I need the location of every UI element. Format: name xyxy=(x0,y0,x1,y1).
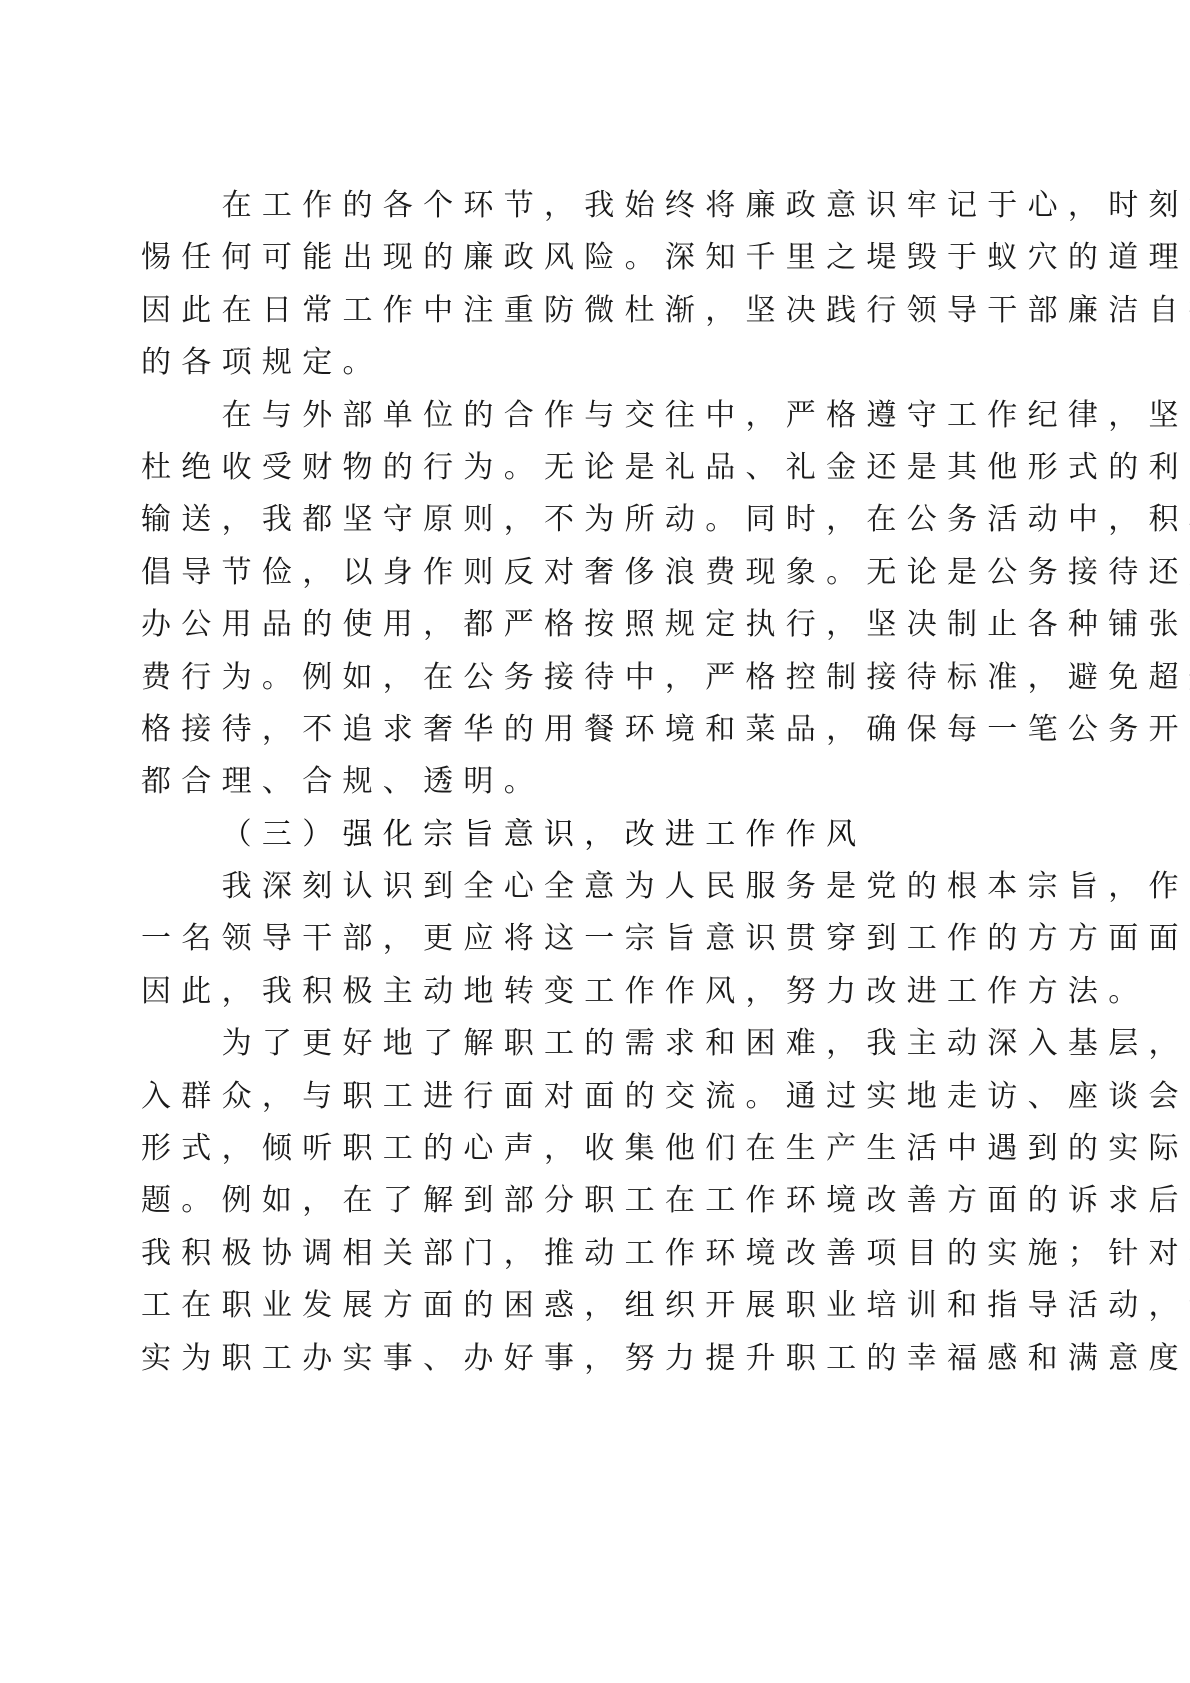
text-line: 因此，我积极主动地转变工作作风，努力改进工作方法。 xyxy=(141,966,1041,1018)
section-heading-text: （三）强化宗旨意识，改进工作作风 xyxy=(141,809,1041,861)
text-line: 的各项规定。 xyxy=(141,337,1041,389)
text-line: 为了更好地了解职工的需求和困难，我主动深入基层，深 xyxy=(141,1018,1041,1070)
paragraph-3: 我深刻认识到全心全意为人民服务是党的根本宗旨，作为 一名领导干部，更应将这一宗旨… xyxy=(141,861,1041,1018)
text-line: 我积极协调相关部门，推动工作环境改善项目的实施；针对职 xyxy=(141,1228,1041,1280)
text-line: 输送，我都坚守原则，不为所动。同时，在公务活动中，积极 xyxy=(141,494,1041,546)
text-line: 都合理、合规、透明。 xyxy=(141,756,1041,808)
document-page: 在工作的各个环节，我始终将廉政意识牢记于心，时刻警 惕任何可能出现的廉政风险。深… xyxy=(0,0,1190,1683)
text-line: 工在职业发展方面的困惑，组织开展职业培训和指导活动，切 xyxy=(141,1280,1041,1332)
text-line: 办公用品的使用，都严格按照规定执行，坚决制止各种铺张浪 xyxy=(141,599,1041,651)
text-line: 形式，倾听职工的心声，收集他们在生产生活中遇到的实际问 xyxy=(141,1123,1041,1175)
paragraph-4: 为了更好地了解职工的需求和困难，我主动深入基层，深 入群众，与职工进行面对面的交… xyxy=(141,1018,1041,1385)
text-line: 倡导节俭，以身作则反对奢侈浪费现象。无论是公务接待还是 xyxy=(141,547,1041,599)
text-line: 我深刻认识到全心全意为人民服务是党的根本宗旨，作为 xyxy=(141,861,1041,913)
text-line: 题。例如，在了解到部分职工在工作环境改善方面的诉求后， xyxy=(141,1175,1041,1227)
text-line: 格接待，不追求奢华的用餐环境和菜品，确保每一笔公务开支 xyxy=(141,704,1041,756)
paragraph-1: 在工作的各个环节，我始终将廉政意识牢记于心，时刻警 惕任何可能出现的廉政风险。深… xyxy=(141,180,1041,390)
paragraph-2: 在与外部单位的合作与交往中，严格遵守工作纪律，坚决 杜绝收受财物的行为。无论是礼… xyxy=(141,390,1041,809)
section-heading: （三）强化宗旨意识，改进工作作风 xyxy=(141,809,1041,861)
text-line: 杜绝收受财物的行为。无论是礼品、礼金还是其他形式的利益 xyxy=(141,442,1041,494)
text-line: 实为职工办实事、办好事，努力提升职工的幸福感和满意度。 xyxy=(141,1333,1041,1385)
document-body: 在工作的各个环节，我始终将廉政意识牢记于心，时刻警 惕任何可能出现的廉政风险。深… xyxy=(141,180,1041,1385)
text-line: 在与外部单位的合作与交往中，严格遵守工作纪律，坚决 xyxy=(141,390,1041,442)
text-line: 因此在日常工作中注重防微杜渐，坚决践行领导干部廉洁自律 xyxy=(141,285,1041,337)
text-line: 惕任何可能出现的廉政风险。深知千里之堤毁于蚁穴的道理， xyxy=(141,232,1041,284)
text-line: 费行为。例如，在公务接待中，严格控制接待标准，避免超规 xyxy=(141,652,1041,704)
text-line: 入群众，与职工进行面对面的交流。通过实地走访、座谈会等 xyxy=(141,1071,1041,1123)
text-line: 在工作的各个环节，我始终将廉政意识牢记于心，时刻警 xyxy=(141,180,1041,232)
text-line: 一名领导干部，更应将这一宗旨意识贯穿到工作的方方面面。 xyxy=(141,913,1041,965)
